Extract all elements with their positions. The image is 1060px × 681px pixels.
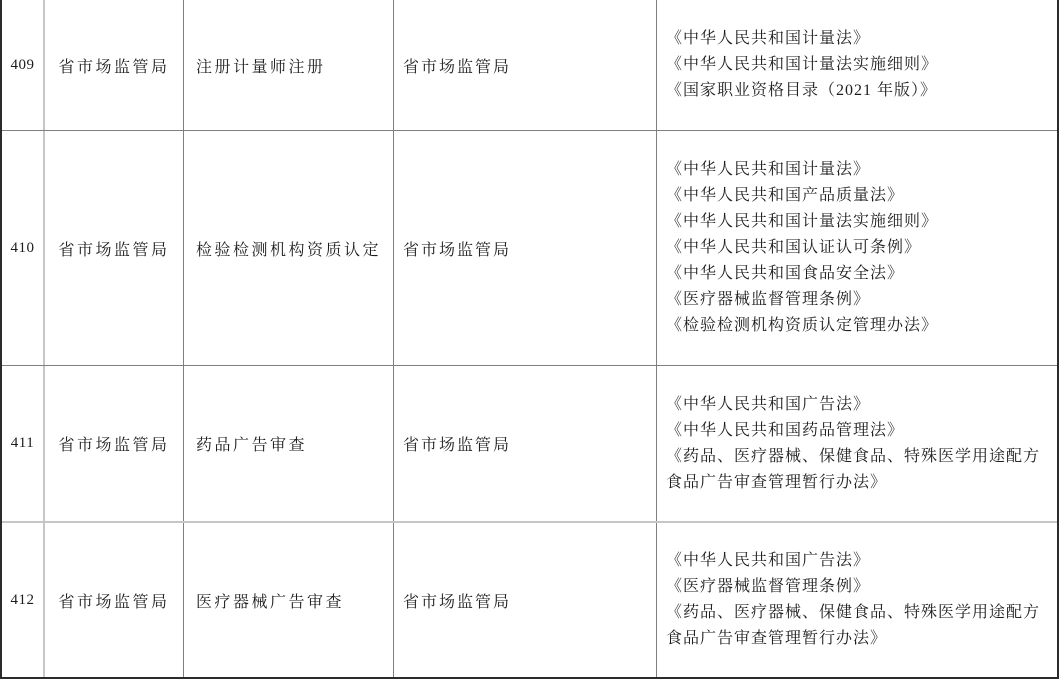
item-name-cell: 医疗器械广告审查: [184, 523, 394, 677]
legal-basis-line: 《中华人民共和国计量法》: [666, 157, 1048, 183]
row-number-cell: 412: [2, 523, 45, 677]
legal-basis-line: 《中华人民共和国计量法实施细则》: [666, 52, 1048, 78]
department-cell: 省市场监管局: [45, 366, 184, 521]
row-number-cell: 409: [2, 0, 45, 130]
implementing-agency-cell: 省市场监管局: [394, 523, 657, 677]
implementing-agency-cell: 省市场监管局: [394, 131, 657, 365]
approval-items-table: 409 省市场监管局 注册计量师注册 省市场监管局 《中华人民共和国计量法》《中…: [0, 0, 1059, 679]
document-page: { "colors": { "background": "#ffffff", "…: [0, 0, 1060, 681]
legal-basis-line: 《中华人民共和国广告法》: [666, 548, 1048, 574]
legal-basis-line: 《医疗器械监督管理条例》: [666, 574, 1048, 600]
table-row: 411 省市场监管局 药品广告审查 省市场监管局 《中华人民共和国广告法》《中华…: [2, 366, 1057, 523]
item-name-cell: 检验检测机构资质认定: [184, 131, 394, 365]
table-row: 410 省市场监管局 检验检测机构资质认定 省市场监管局 《中华人民共和国计量法…: [2, 131, 1057, 366]
legal-basis-line: 《医疗器械监督管理条例》: [666, 287, 1048, 313]
legal-basis-cell: 《中华人民共和国计量法》《中华人民共和国计量法实施细则》《国家职业资格目录（20…: [657, 0, 1057, 130]
legal-basis-line: 《国家职业资格目录（2021 年版）》: [666, 78, 1048, 104]
legal-basis-line: 《中华人民共和国广告法》: [666, 392, 1048, 418]
legal-basis-line: 《药品、医疗器械、保健食品、特殊医学用途配方食品广告审查管理暂行办法》: [666, 600, 1048, 652]
legal-basis-line: 《中华人民共和国产品质量法》: [666, 183, 1048, 209]
legal-basis-line: 《中华人民共和国计量法实施细则》: [666, 209, 1048, 235]
row-number-cell: 411: [2, 366, 45, 521]
row-number-cell: 410: [2, 131, 45, 365]
legal-basis-cell: 《中华人民共和国广告法》《中华人民共和国药品管理法》《药品、医疗器械、保健食品、…: [657, 366, 1057, 521]
legal-basis-line: 《中华人民共和国计量法》: [666, 26, 1048, 52]
legal-basis-line: 《药品、医疗器械、保健食品、特殊医学用途配方食品广告审查管理暂行办法》: [666, 444, 1048, 496]
implementing-agency-cell: 省市场监管局: [394, 366, 657, 521]
item-name-cell: 注册计量师注册: [184, 0, 394, 130]
legal-basis-cell: 《中华人民共和国计量法》《中华人民共和国产品质量法》《中华人民共和国计量法实施细…: [657, 131, 1057, 365]
legal-basis-line: 《中华人民共和国食品安全法》: [666, 261, 1048, 287]
legal-basis-line: 《检验检测机构资质认定管理办法》: [666, 313, 1048, 339]
table-row: 412 省市场监管局 医疗器械广告审查 省市场监管局 《中华人民共和国广告法》《…: [2, 523, 1057, 677]
department-cell: 省市场监管局: [45, 523, 184, 677]
legal-basis-line: 《中华人民共和国认证认可条例》: [666, 235, 1048, 261]
legal-basis-cell: 《中华人民共和国广告法》《医疗器械监督管理条例》《药品、医疗器械、保健食品、特殊…: [657, 523, 1057, 677]
legal-basis-line: 《中华人民共和国药品管理法》: [666, 418, 1048, 444]
item-name-cell: 药品广告审查: [184, 366, 394, 521]
table-row: 409 省市场监管局 注册计量师注册 省市场监管局 《中华人民共和国计量法》《中…: [2, 0, 1057, 131]
department-cell: 省市场监管局: [45, 131, 184, 365]
department-cell: 省市场监管局: [45, 0, 184, 130]
implementing-agency-cell: 省市场监管局: [394, 0, 657, 130]
